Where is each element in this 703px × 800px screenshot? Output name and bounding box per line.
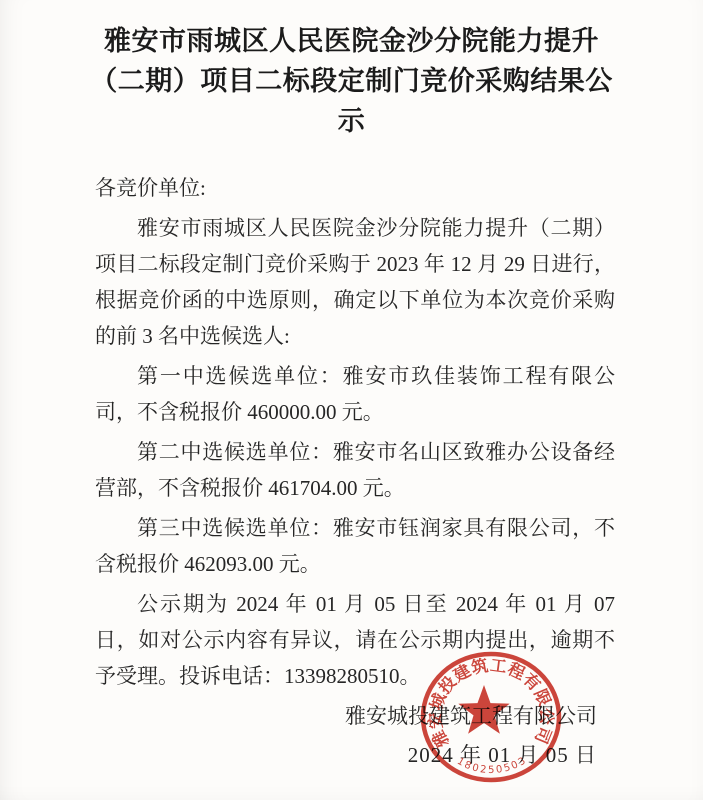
- document-title: 雅安市雨城区人民医院金沙分院能力提升 （二期）项目二标段定制门竞价采购结果公 示: [46, 22, 657, 142]
- paragraph-intro: 雅安市雨城区人民医院金沙分院能力提升（二期）项目二标段定制门竞价采购于 2023…: [95, 210, 615, 354]
- document-title-line-2: （二期）项目二标段定制门竞价采购结果公: [46, 62, 657, 102]
- signature-block: 雅安城投建筑工程有限公司 2024 年 01 月 05 日: [345, 699, 597, 773]
- document-title-line-1: 雅安市雨城区人民医院金沙分院能力提升: [46, 22, 657, 62]
- signature-date: 2024 年 01 月 05 日: [345, 738, 597, 773]
- document-page: 雅安市雨城区人民医院金沙分院能力提升 （二期）项目二标段定制门竞价采购结果公 示…: [0, 0, 703, 800]
- paragraph-publicity-period: 公示期为 2024 年 01 月 05 日至 2024 年 01 月 07 日，…: [95, 586, 615, 694]
- paragraph-winner-2: 第二中选候选单位：雅安市名山区致雅办公设备经营部，不含税报价 461704.00…: [95, 434, 615, 506]
- document-title-line-3: 示: [46, 102, 657, 142]
- paragraph-winner-3: 第三中选候选单位：雅安市钰润家具有限公司，不含税报价 462093.00 元。: [95, 510, 615, 582]
- document-body: 各竞价单位: 雅安市雨城区人民医院金沙分院能力提升（二期）项目二标段定制门竞价采…: [95, 170, 615, 694]
- signature-company: 雅安城投建筑工程有限公司: [345, 699, 597, 734]
- paragraph-winner-1: 第一中选候选单位：雅安市玖佳装饰工程有限公司，不含税报价 460000.00 元…: [95, 358, 615, 430]
- salutation: 各竞价单位:: [95, 170, 615, 206]
